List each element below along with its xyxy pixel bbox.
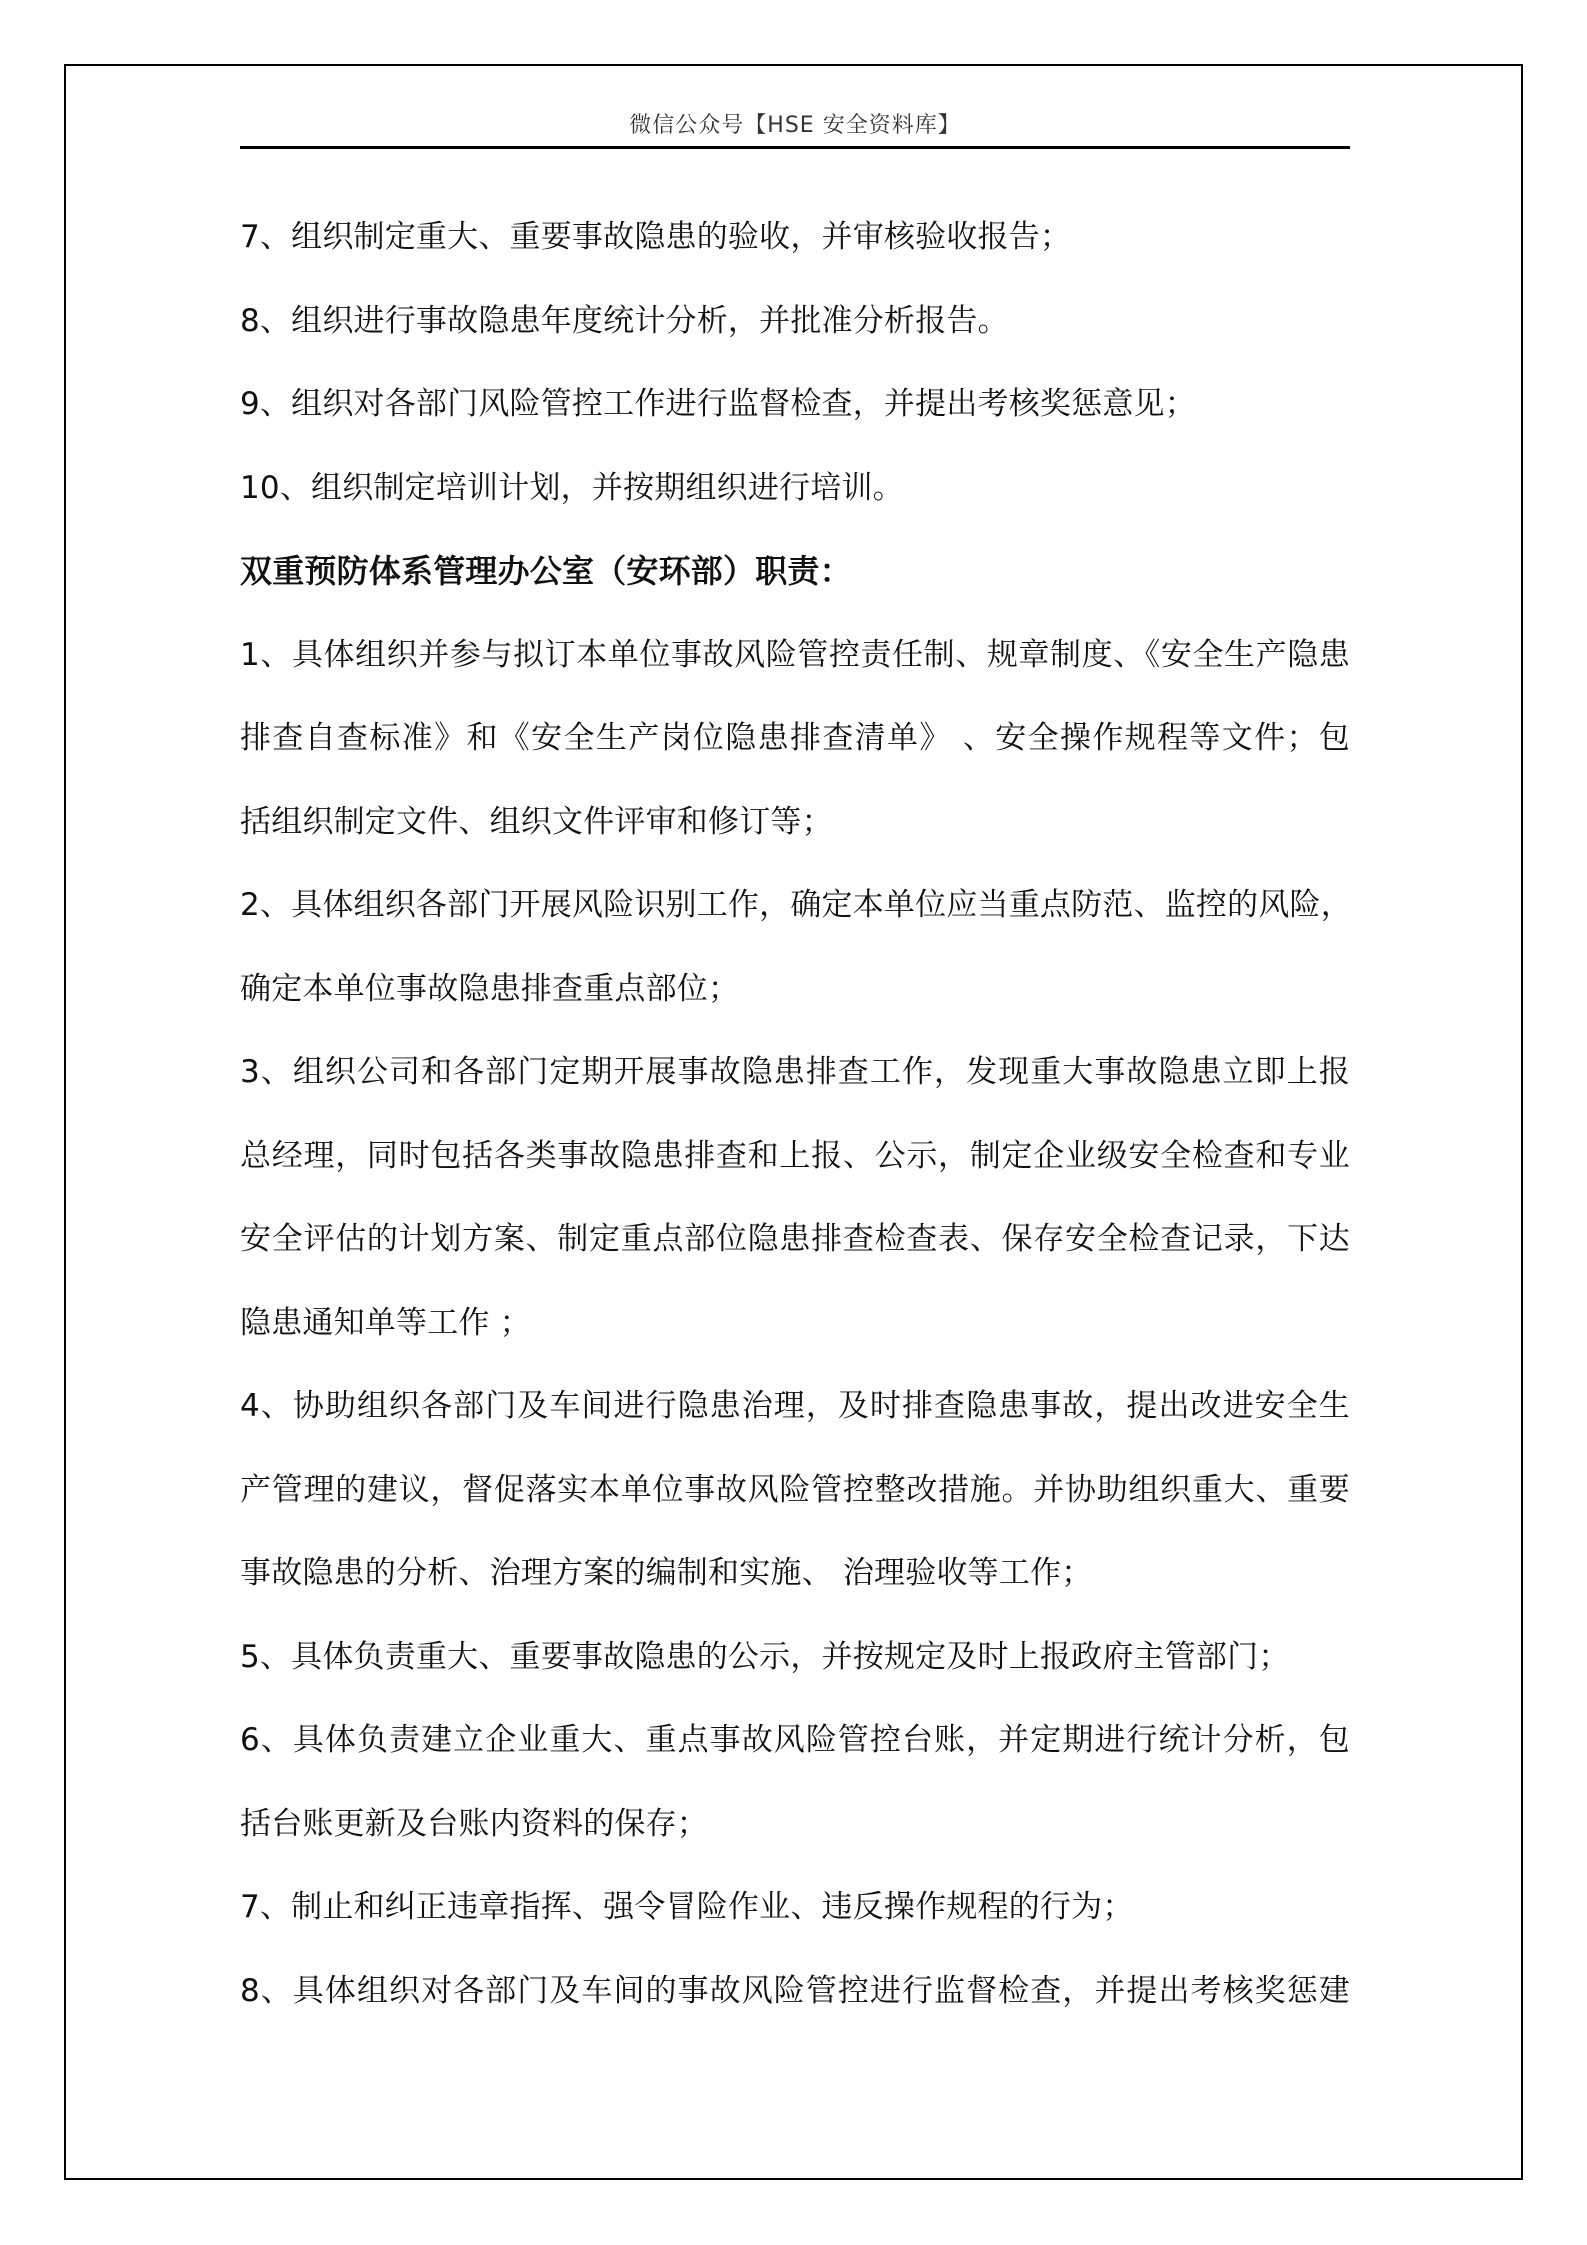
page-header-title: 微信公众号【HSE 安全资料库】 [240,108,1350,139]
paragraph-line: 5、具体负责重大、重要事故隐患的公示，并按规定及时上报政府主管部门； [240,1619,1350,1703]
paragraph-line: 括组织制定文件、组织文件评审和修订等； [240,784,1350,868]
paragraph-line: 排查自查标准》和《安全生产岗位隐患排查清单》 、安全操作规程等文件；包 [240,700,1350,784]
paragraph-line: 事故隐患的分析、治理方案的编制和实施、 治理验收等工作； [240,1535,1350,1619]
paragraph-line: 7、制止和纠正违章指挥、强令冒险作业、违反操作规程的行为； [240,1869,1350,1953]
header-divider [240,146,1350,149]
paragraph-line: 6、具体负责建立企业重大、重点事故风险管控台账，并定期进行统计分析，包 [240,1702,1350,1786]
section-heading: 双重预防体系管理办公室（安环部）职责： [240,533,1350,617]
paragraph-line: 9、组织对各部门风险管控工作进行监督检查，并提出考核奖惩意见； [240,366,1350,450]
paragraph-line: 1、具体组织并参与拟订本单位事故风险管控责任制、规章制度、《安全生产隐患 [240,617,1350,701]
paragraph-line: 10、组织制定培训计划，并按期组织进行培训。 [240,450,1350,534]
paragraph-line: 8、组织进行事故隐患年度统计分析，并批准分析报告。 [240,283,1350,367]
paragraph-line: 7、组织制定重大、重要事故隐患的验收，并审核验收报告； [240,199,1350,283]
paragraph-line: 安全评估的计划方案、制定重点部位隐患排查检查表、保存安全检查记录，下达 [240,1201,1350,1285]
paragraph-line: 2、具体组织各部门开展风险识别工作，确定本单位应当重点防范、监控的风险， [240,867,1350,951]
paragraph-line: 隐患通知单等工作 ； [240,1285,1350,1369]
paragraph-line: 4、协助组织各部门及车间进行隐患治理，及时排查隐患事故，提出改进安全生 [240,1368,1350,1452]
paragraph-line: 括台账更新及台账内资料的保存； [240,1786,1350,1870]
paragraph-line: 8、具体组织对各部门及车间的事故风险管控进行监督检查，并提出考核奖惩建 [240,1953,1350,2037]
document-body: 7、组织制定重大、重要事故隐患的验收，并审核验收报告； 8、组织进行事故隐患年度… [240,199,1350,2036]
paragraph-line: 总经理，同时包括各类事故隐患排查和上报、公示，制定企业级安全检查和专业 [240,1118,1350,1202]
paragraph-line: 产管理的建议，督促落实本单位事故风险管控整改措施。并协助组织重大、重要 [240,1452,1350,1536]
paragraph-line: 3、组织公司和各部门定期开展事故隐患排查工作，发现重大事故隐患立即上报 [240,1034,1350,1118]
paragraph-line: 确定本单位事故隐患排查重点部位； [240,951,1350,1035]
